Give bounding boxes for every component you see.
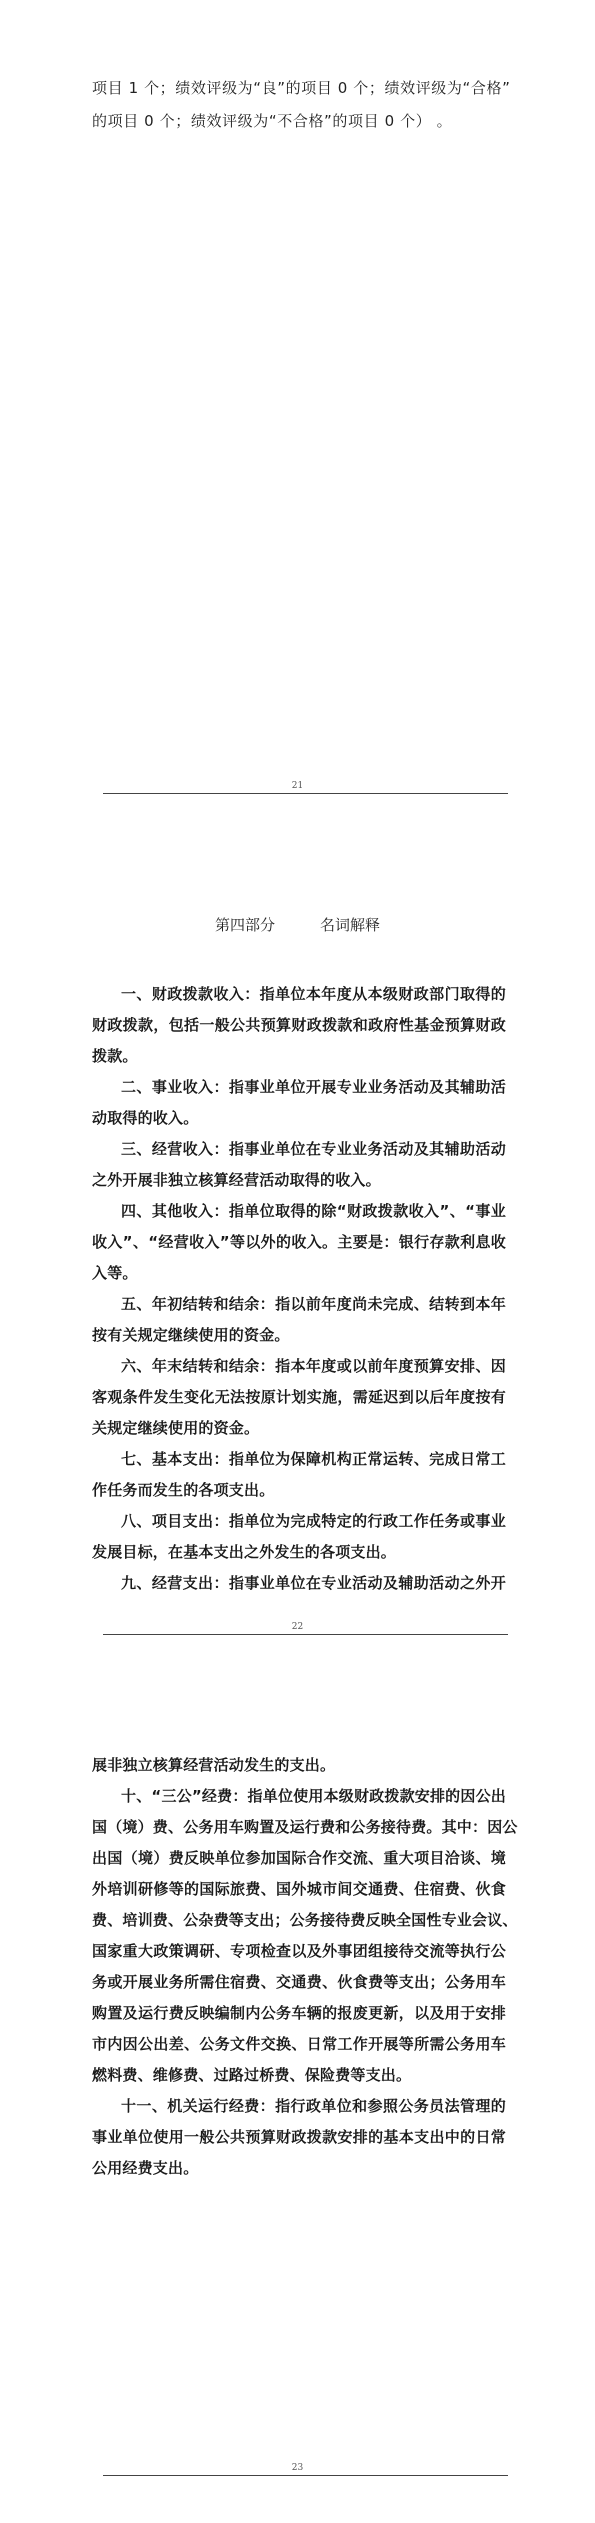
paragraph-line: 展非独立核算经营活动发生的支出。 — [92, 1754, 506, 1776]
paragraph-line: 事业单位使用一般公共预算财政拨款安排的基本支出中的日常 — [92, 2126, 506, 2148]
paragraph-line: 动取得的收入。 — [92, 1107, 506, 1129]
page-divider — [103, 2475, 508, 2476]
paragraph-line: 发展目标，在基本支出之外发生的各项支出。 — [92, 1541, 506, 1563]
page-divider — [103, 1634, 508, 1635]
paragraph-line: 拨款。 — [92, 1045, 506, 1067]
section-heading: 第四部分 名词解释 — [0, 914, 595, 936]
paragraph-line: 的项目 0 个；绩效评级为“不合格”的项目 0 个） 。 — [92, 110, 506, 132]
paragraph-line: 公用经费支出。 — [92, 2157, 506, 2179]
paragraph-line: 关规定继续使用的资金。 — [92, 1417, 506, 1439]
paragraph-line: 六、年末结转和结余：指本年度或以前年度预算安排、因 — [92, 1355, 506, 1377]
paragraph-line: 作任务而发生的各项支出。 — [92, 1479, 506, 1501]
paragraph-line: 七、基本支出：指单位为保障机构正常运转、完成日常工 — [92, 1448, 506, 1470]
paragraph-line: 五、年初结转和结余：指以前年度尚未完成、结转到本年 — [92, 1293, 506, 1315]
paragraph-line: 二、事业收入：指事业单位开展专业业务活动及其辅助活 — [92, 1076, 506, 1098]
paragraph-line: 务或开展业务所需住宿费、交通费、伙食费等支出；公务用车 — [92, 1971, 506, 1993]
paragraph-line: 财政拨款，包括一般公共预算财政拨款和政府性基金预算财政 — [92, 1014, 506, 1036]
paragraph-line: 外培训研修等的国际旅费、国外城市间交通费、住宿费、伙食 — [92, 1878, 506, 1900]
paragraph-line: 出国（境）费反映单位参加国际合作交流、重大项目洽谈、境 — [92, 1847, 506, 1869]
paragraph-line: 客观条件发生变化无法按原计划实施，需延迟到以后年度按有 — [92, 1386, 506, 1408]
paragraph-line: 八、项目支出：指单位为完成特定的行政工作任务或事业 — [92, 1510, 506, 1532]
paragraph-line: 市内因公出差、公务文件交换、日常工作开展等所需公务用车 — [92, 2033, 506, 2055]
page-divider — [103, 793, 508, 794]
paragraph-line: 购置及运行费反映编制内公务车辆的报废更新，以及用于安排 — [92, 2002, 506, 2024]
paragraph-line: 项目 1 个；绩效评级为“良”的项目 0 个；绩效评级为“合格” — [92, 77, 506, 99]
paragraph-line: 三、经营收入：指事业单位在专业业务活动及其辅助活动 — [92, 1138, 506, 1160]
paragraph-line: 收入”、“经营收入”等以外的收入。主要是：银行存款利息收 — [92, 1231, 506, 1253]
paragraph-line: 燃料费、维修费、过路过桥费、保险费等支出。 — [92, 2064, 506, 2086]
paragraph-line: 之外开展非独立核算经营活动取得的收入。 — [92, 1169, 506, 1191]
paragraph-line: 十一、机关运行经费：指行政单位和参照公务员法管理的 — [92, 2095, 506, 2117]
paragraph-line: 按有关规定继续使用的资金。 — [92, 1324, 506, 1346]
paragraph-line: 入等。 — [92, 1262, 506, 1284]
paragraph-line: 四、其他收入：指单位取得的除“财政拨款收入”、“事业 — [92, 1200, 506, 1222]
paragraph-line: 国家重大政策调研、专项检查以及外事团组接待交流等执行公 — [92, 1940, 506, 1962]
paragraph-line: 十、“三公”经费：指单位使用本级财政拨款安排的因公出 — [92, 1785, 506, 1807]
page-number: 23 — [0, 2463, 595, 2473]
paragraph-line: 一、财政拨款收入：指单位本年度从本级财政部门取得的 — [92, 983, 506, 1005]
page-number: 22 — [0, 1622, 595, 1632]
paragraph-line: 费、培训费、公杂费等支出；公务接待费反映全国性专业会议、 — [92, 1909, 506, 1931]
paragraph-line: 九、经营支出：指事业单位在专业活动及辅助活动之外开 — [92, 1572, 506, 1594]
paragraph-line: 国（境）费、公务用车购置及运行费和公务接待费。其中：因公 — [92, 1816, 506, 1838]
page-number: 21 — [0, 781, 595, 791]
